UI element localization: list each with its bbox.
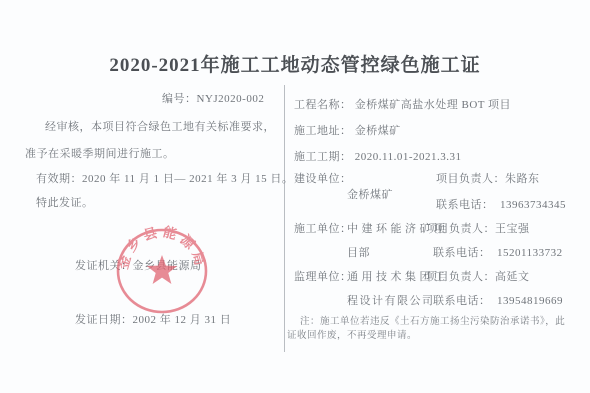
construction-period-row: 施工工期： 2020.11.01-2021.3.31 — [294, 148, 462, 164]
supervisor-phone-label: 联系电话： — [433, 295, 491, 307]
site-address-row: 施工地址： 金桥煤矿 — [294, 122, 401, 138]
issue-date-label: 发证日期： — [75, 314, 133, 326]
issuer-line: 发证机关：金乡县能源局 — [75, 257, 202, 273]
supervisor-phone-line: 联系电话： 13954819669 — [433, 292, 563, 308]
certificate-title: 2020-2021年施工工地动态管控绿色施工证 — [0, 50, 590, 77]
issue-date-line: 发证日期：2002 年 12 月 31 日 — [75, 311, 231, 327]
validity-line: 有效期：2020 年 11 月 1 日— 2021 年 3 月 15 日。 — [36, 170, 293, 186]
builder-manager-line: 项目负责人：朱路东 — [436, 170, 540, 186]
contractor-label: 施工单位： — [294, 220, 352, 236]
issuer-value: 金乡县能源局 — [133, 260, 202, 272]
builder-value: 金桥煤矿 — [347, 186, 393, 202]
column-divider — [284, 85, 285, 352]
site-address-label: 施工地址： — [294, 125, 352, 137]
construction-period-label: 施工工期： — [294, 151, 352, 163]
supervisor-manager-label: 项目负责人： — [426, 271, 495, 283]
serial-number-line: 编号：NYJ2020-002 — [162, 90, 264, 106]
contractor-value-line2: 目部 — [347, 244, 370, 260]
issue-date-value: 2002 年 12 月 31 日 — [133, 314, 232, 326]
builder-phone-value: 13963734345 — [500, 199, 566, 211]
statement-line-2: 准予在采暖季期间进行施工。 — [25, 145, 175, 161]
construction-period-value: 2020.11.01-2021.3.31 — [355, 151, 462, 163]
supervisor-manager-value: 高延文 — [495, 271, 530, 283]
supervisor-value-line2: 程设计有限公司 — [347, 292, 435, 308]
supervisor-phone-value: 13954819669 — [497, 295, 563, 307]
note-line-2: 证收回作废，不再受理申请。 — [287, 327, 417, 341]
contractor-manager-value: 王宝强 — [495, 223, 530, 235]
site-address-value: 金桥煤矿 — [355, 125, 401, 137]
note-line-1: 注：施工单位若违反《土石方施工扬尘污染防治承诺书》，此 — [300, 313, 565, 327]
supervisor-label: 监理单位： — [294, 268, 352, 284]
contractor-manager-label: 项目负责人： — [426, 223, 495, 235]
builder-manager-label: 项目负责人： — [436, 173, 505, 185]
builder-manager-value: 朱路东 — [505, 173, 540, 185]
contractor-phone-line: 联系电话： 15201133732 — [433, 244, 563, 260]
closing-line: 特此发证。 — [36, 194, 94, 210]
statement-line-1: 经审核，本项目符合绿色工地有关标准要求， — [45, 118, 275, 134]
project-name-label: 工程名称： — [294, 99, 352, 111]
builder-label: 建设单位： — [294, 170, 352, 186]
serial-value: NYJ2020-002 — [197, 93, 265, 105]
certificate-page: 2020-2021年施工工地动态管控绿色施工证 编号：NYJ2020-002 经… — [0, 0, 590, 393]
contractor-manager-line: 项目负责人：王宝强 — [426, 220, 530, 236]
project-name-value: 金桥煤矿高盐水处理 BOT 项目 — [355, 99, 511, 111]
serial-label: 编号： — [162, 93, 197, 105]
issuer-label: 发证机关： — [75, 260, 133, 272]
contractor-phone-value: 15201133732 — [497, 247, 563, 259]
project-name-row: 工程名称： 金桥煤矿高盐水处理 BOT 项目 — [294, 96, 511, 112]
builder-phone-line: 联系电话： 13963734345 — [436, 196, 566, 212]
supervisor-manager-line: 项目负责人：高延文 — [426, 268, 530, 284]
builder-phone-label: 联系电话： — [436, 199, 494, 211]
contractor-phone-label: 联系电话： — [433, 247, 491, 259]
